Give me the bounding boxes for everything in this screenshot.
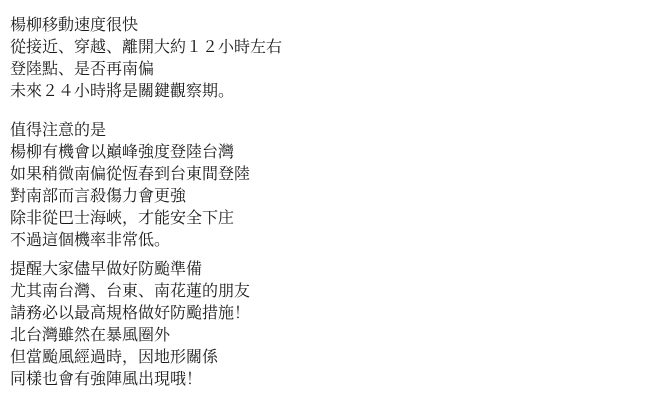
post-text: 楊柳移動速度很快 從接近、穿越、離開大約１２小時左右 登陸點、是否再南偏 未來２…: [0, 0, 672, 391]
post-paragraph-landfall-warning: 值得注意的是 楊柳有機會以巔峰強度登陸台灣 如果稍微南偏從恆春到台東間登陸 對南…: [10, 120, 662, 252]
post-paragraph-preparedness-reminder: 提醒大家儘早做好防颱準備 尤其南台灣、台東、南花蓮的朋友 請務必以最高規格做好防…: [10, 259, 662, 391]
page: { "page": { "background_color": "#ffffff…: [0, 0, 672, 401]
post-paragraph-movement-speed: 楊柳移動速度很快 從接近、穿越、離開大約１２小時左右 登陸點、是否再南偏 未來２…: [10, 15, 662, 103]
